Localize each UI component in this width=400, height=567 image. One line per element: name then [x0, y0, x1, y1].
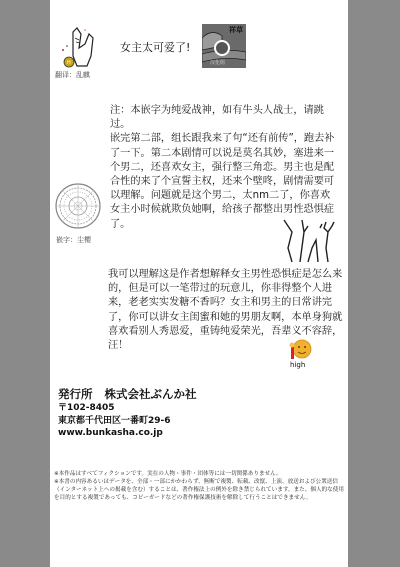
typesetter-credit: 嵌字：尘樱 [56, 235, 91, 245]
disclaimer-line: ※本作品はすべてフィクションです。実在の人物・事件・団体等には一切関係ありません… [54, 470, 346, 478]
publisher-website: www.bunkasha.co.jp [58, 427, 308, 440]
note-text: 注：本嵌字为纯爱战神，如有牛头人战士，请跳过。 嵌完第二部，组长跟我来了句“还有… [110, 104, 336, 232]
typesetter-credit-block: 嵌字：尘樱 [50, 182, 112, 248]
legal-disclaimer: ※本作品はすべてフィクションです。実在の人物・事件・団体等には一切関係ありません… [54, 470, 346, 502]
high-emoji-icon: high [284, 337, 316, 373]
publisher-name-line: 発行所株式会社ぶんか社 [58, 386, 308, 402]
group-logo-stamp-icon: 祥草 汉化组 [202, 24, 246, 68]
document-page: H 翻译：乱麒 女主太可爱了! 祥草 汉化组 注：本嵌字为纯爱战神，如有牛头人战… [50, 0, 348, 567]
emoji-label: high [290, 361, 305, 369]
stamp-text: 祥草 [229, 25, 243, 35]
headline: 女主太可爱了! [120, 39, 190, 55]
disclaimer-line: ※本書の内容あるいはデータを、全部・一部にかかわらず、無断で複製、転載、改竄、上… [54, 478, 346, 502]
stick-figures-sketch-icon [282, 218, 342, 264]
translator-credit: 翻译：乱麒 [55, 70, 90, 80]
publisher-name: 株式会社ぶんか社 [105, 387, 197, 401]
stamp-bottom-text: 汉化组 [210, 59, 225, 66]
publisher-label: 発行所 [58, 387, 93, 401]
translator-credit-block: H 翻译：乱麒 [55, 26, 115, 82]
note-paragraph: 嵌完第二部，组长跟我来了句“还有前传”，跑去补了一下。第二本剧情可以说是莫名其妙… [110, 132, 336, 231]
svg-text:H: H [67, 60, 71, 66]
publisher-address: 東京都千代田区一番町29-6 [58, 415, 308, 428]
ornamental-seal-icon [54, 182, 102, 230]
mascot-character-icon: H [59, 26, 99, 70]
postal-code: 〒102-8405 [58, 402, 308, 415]
publisher-info: 発行所株式会社ぶんか社 〒102-8405 東京都千代田区一番町29-6 www… [58, 386, 308, 440]
note-paragraph: 注：本嵌字为纯爱战神，如有牛头人战士，请跳过。 [110, 104, 336, 132]
